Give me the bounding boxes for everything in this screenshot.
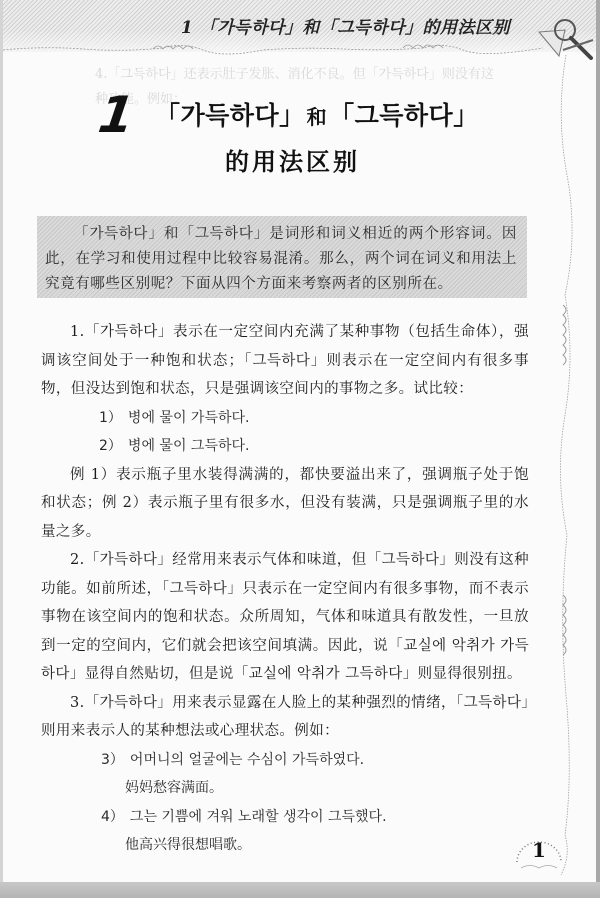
chapter-title-word1: 「가득하다」 bbox=[155, 101, 305, 130]
intro-text: 「가득하다」和「그득하다」是词形和词义相近的两个形容词。因此，在学习和使用过程中… bbox=[45, 222, 517, 297]
example-korean: 그는 기쁨에 겨워 노래할 생각이 그득했다. bbox=[130, 809, 387, 825]
section-1-text: 1.「가득하다」表示在一定空间内充满了某种事物（包括生命体），强调该空间处于一种… bbox=[41, 318, 529, 404]
chapter-title-word2: 「그득하다」 bbox=[329, 101, 479, 130]
example-number: 3） bbox=[101, 752, 124, 768]
chapter-title-connector: 和 bbox=[307, 105, 328, 129]
page-number: 1 bbox=[509, 838, 569, 862]
body-text: 1.「가득하다」表示在一定空间内充满了某种事物（包括生命体），强调该空间处于一种… bbox=[41, 318, 529, 860]
section-3-text: 3.「가득하다」用来表示显露在人脸上的某种强烈的情绪，「그득하다」则用来表示人的… bbox=[41, 689, 529, 746]
section-2-text: 2.「가득하다」经常用来表示气体和味道，但「그득하다」则没有这种功能。如前所述，… bbox=[41, 546, 529, 689]
section-1-explanation: 例 1）表示瓶子里水装得满满的，都快要溢出来了，强调瓶子处于饱和状态；例 2）表… bbox=[41, 461, 529, 547]
bleed-through-text: 4.「그득하다」还表示肚子发胀、消化不良。但「가득하다」则没有这 bbox=[95, 63, 494, 82]
example-korean: 병에 물이 가득하다. bbox=[128, 410, 250, 426]
example-1: 1）병에 물이 가득하다. bbox=[41, 404, 529, 433]
example-3-translation: 妈妈愁容满面。 bbox=[41, 774, 529, 803]
example-number: 4） bbox=[101, 809, 124, 825]
intro-box: 「가득하다」和「그득하다」是词形和词义相近的两个形容词。因此，在学习和使用过程中… bbox=[37, 216, 527, 298]
example-4-translation: 他高兴得很想唱歌。 bbox=[41, 831, 529, 860]
chapter-subtitle: 的用法区别 bbox=[225, 142, 360, 177]
header-ornament-icon bbox=[3, 38, 543, 58]
example-2: 2）병에 물이 그득하다. bbox=[41, 432, 529, 461]
example-3: 3）어머니의 얼굴에는 수심이 가득하였다. bbox=[41, 746, 529, 775]
scan-edge-bottom bbox=[0, 882, 600, 898]
vine-ornament-icon bbox=[551, 55, 581, 875]
chapter-title: 「가득하다」和「그득하다」 bbox=[155, 96, 479, 132]
chapter-number: 1 bbox=[95, 86, 138, 144]
example-4: 4）그는 기쁨에 겨워 노래할 생각이 그득했다. bbox=[41, 803, 529, 832]
example-korean: 어머니의 얼굴에는 수심이 가득하였다. bbox=[130, 752, 364, 768]
running-head: 1 「가득하다」和「그득하다」的用法区别 bbox=[181, 13, 510, 38]
example-number: 2） bbox=[99, 438, 122, 454]
page-number-badge: 1 bbox=[509, 832, 569, 876]
example-korean: 병에 물이 그득하다. bbox=[128, 438, 250, 454]
book-page: 1 「가득하다」和「그득하다」的用法区别 4.「그득하다」还表示肚子发胀、消化不… bbox=[0, 0, 596, 882]
example-number: 1） bbox=[99, 410, 122, 426]
